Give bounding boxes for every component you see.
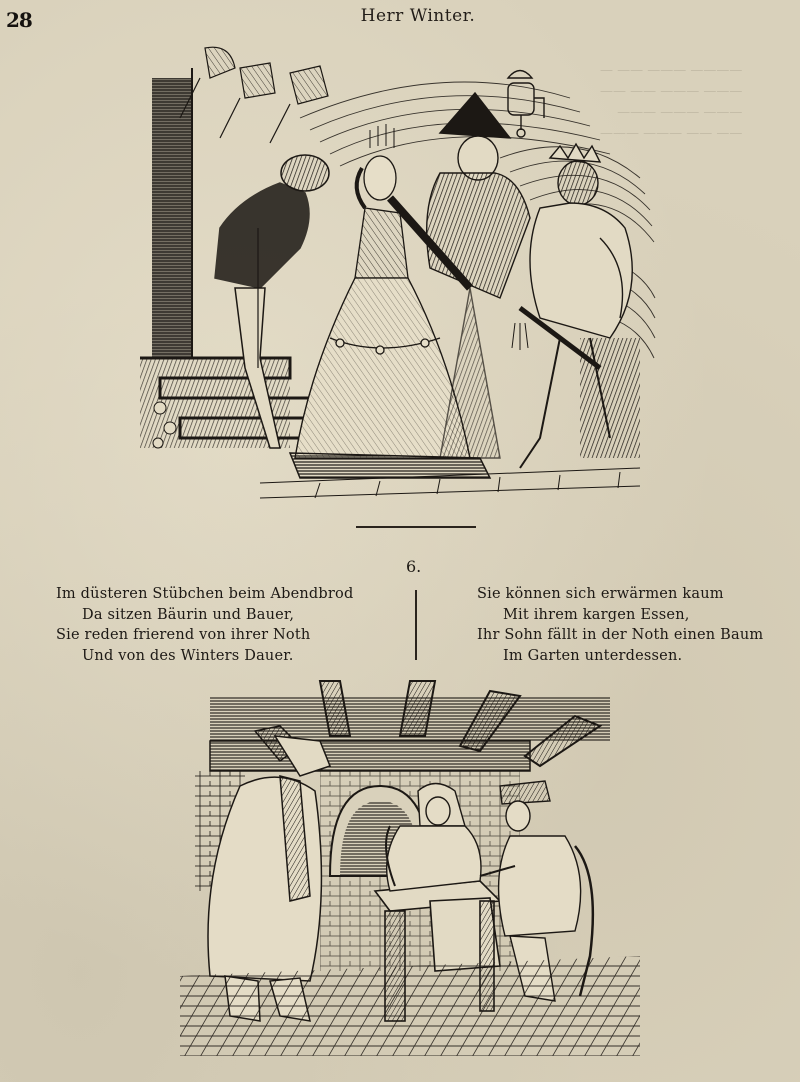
woodcut-peasant-interior (180, 676, 640, 1056)
stanza-left: Im düsteren Stübchen beim Abendbrod Da s… (56, 584, 353, 666)
verse-line: Im düsteren Stübchen beim Abendbrod (56, 584, 353, 605)
verse-line: Ihr Sohn fällt in der Noth einen Baum (477, 625, 763, 646)
verse-line: Da sitzen Bäurin und Bauer, (56, 605, 353, 626)
stanza-right: Sie können sich erwärmen kaum Mit ihrem … (477, 584, 763, 666)
column-divider (415, 590, 417, 660)
verse-line: Sie können sich erwärmen kaum (477, 584, 763, 605)
running-head: Herr Winter. (0, 6, 800, 26)
illustration-top (140, 38, 660, 508)
verse-line: Und von des Winters Dauer. (56, 646, 353, 667)
verse-line: Im Garten unterdessen. (477, 646, 763, 667)
verse-line: Mit ihrem kargen Essen, (477, 605, 763, 626)
verse-line: Sie reden frierend von ihrer Noth (56, 625, 353, 646)
illustration-bottom (180, 676, 640, 1056)
section-number: 6. (406, 557, 421, 576)
woodcut-reception-scene (140, 38, 660, 508)
section-divider-rule (356, 526, 476, 528)
